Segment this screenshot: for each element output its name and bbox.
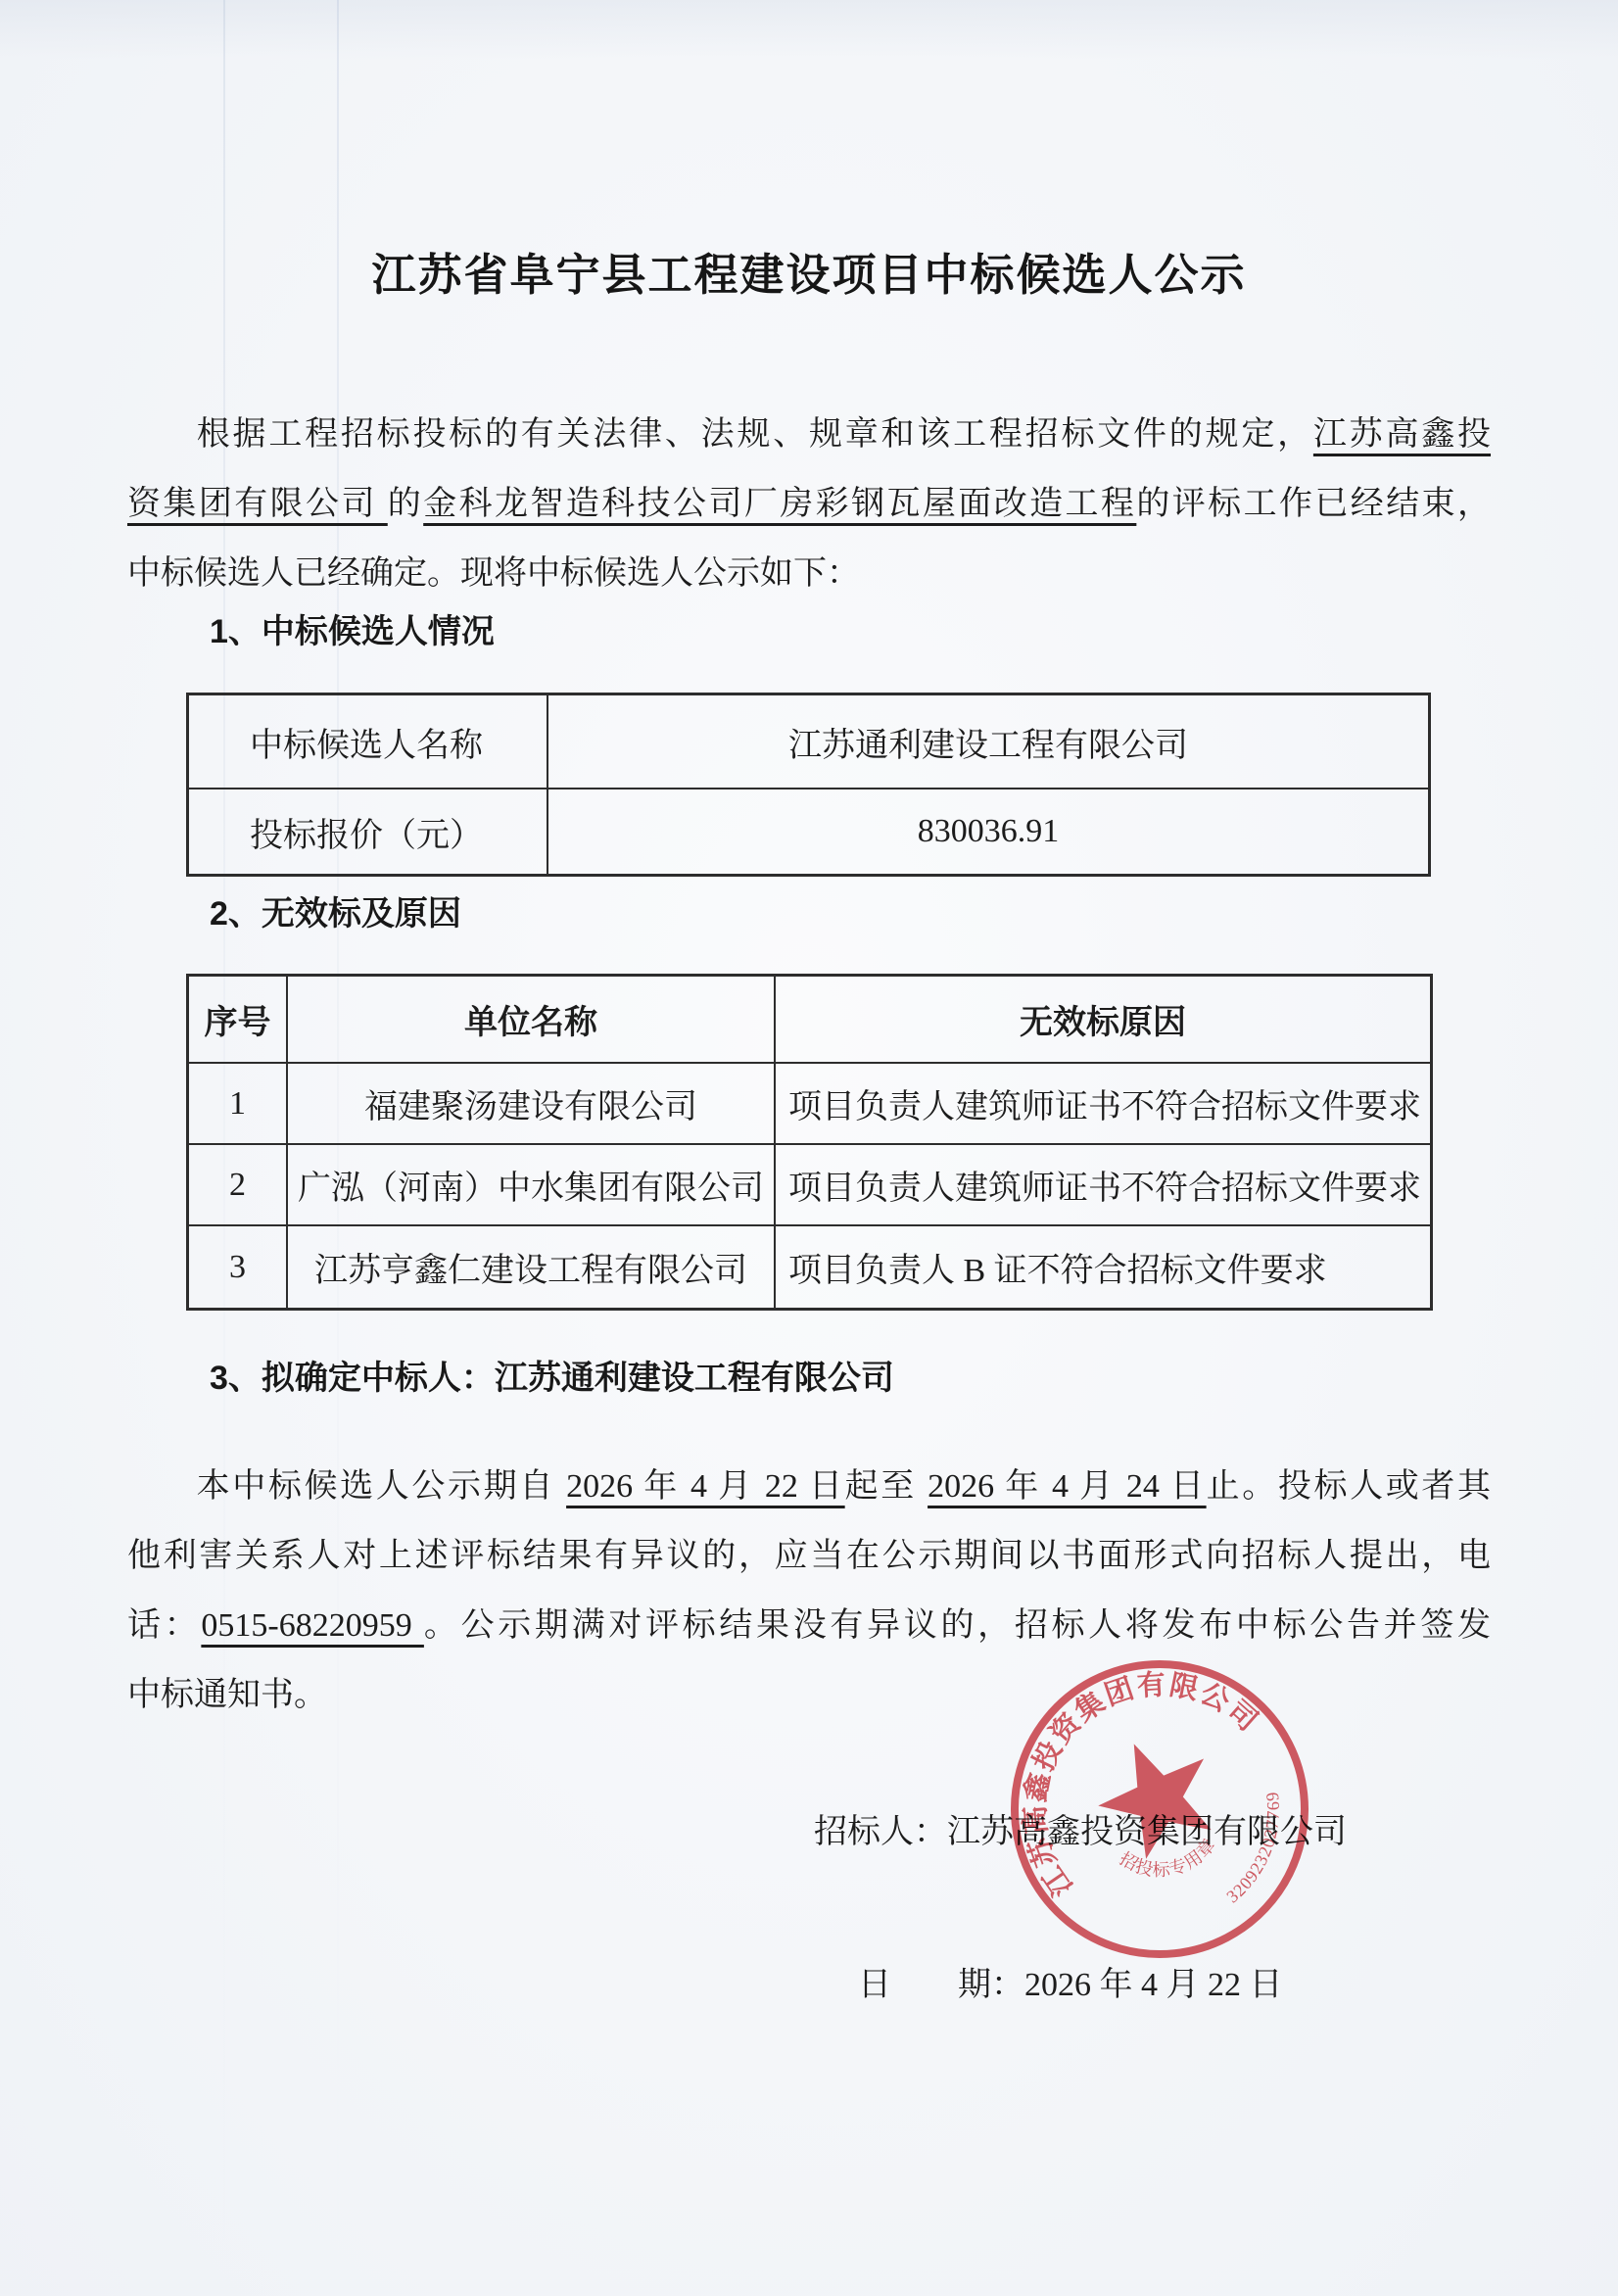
- closing-text: 话：: [127, 1607, 201, 1644]
- row-index: 1: [189, 1064, 288, 1145]
- project-name-underlined: 金科龙智造科技公司厂房彩钢瓦屋面改造工程: [423, 486, 1136, 522]
- intro-text: 的评标工作已经结束，: [1136, 486, 1491, 522]
- row-company: 广泓（河南）中水集团有限公司: [288, 1145, 776, 1226]
- bidder-name-underlined: 资集团有限公司: [127, 486, 388, 522]
- bid-price-value: 830036.91: [548, 789, 1428, 874]
- intro-line-1: 根据工程招标投标的有关法律、法规、规章和该工程招标文件的规定，江苏高鑫投: [127, 400, 1491, 469]
- date-line: 日 期：2026 年 4 月 22 日: [858, 1957, 1283, 2005]
- phone-number-underlined: 0515-68220959: [201, 1607, 424, 1644]
- candidate-name-label: 中标候选人名称: [189, 695, 548, 789]
- publicity-end-date-underlined: 2026 年 4 月 24 日: [928, 1468, 1207, 1505]
- scanned-document-page: 江苏省阜宁县工程建设项目中标候选人公示 根据工程招标投标的有关法律、法规、规章和…: [0, 0, 1618, 2296]
- closing-paragraph: 本中标候选人公示期自 2026 年 4 月 22 日起至 2026 年 4 月 …: [127, 1452, 1491, 1730]
- intro-line-3: 中标候选人已经确定。现将中标候选人公示如下：: [127, 539, 1491, 608]
- closing-line-2: 他利害关系人对上述评标结果有异议的，应当在公示期间以书面形式向招标人提出，电: [127, 1521, 1491, 1591]
- publicity-start-date-underlined: 2026 年 4 月 22 日: [566, 1468, 845, 1505]
- section1-heading: 1、中标候选人情况: [210, 611, 495, 652]
- bidder-name-underlined: 江苏高鑫投: [1313, 416, 1491, 453]
- section2-heading: 2、无效标及原因: [210, 893, 461, 934]
- col-header-reason: 无效标原因: [776, 977, 1430, 1064]
- closing-line-3: 话：0515-68220959 。公示期满对评标结果没有异议的，招标人将发布中标…: [127, 1591, 1491, 1660]
- row-company: 福建聚汤建设有限公司: [288, 1064, 776, 1145]
- closing-text: 起至: [845, 1468, 928, 1505]
- closing-text: 止。投标人或者其: [1207, 1468, 1491, 1505]
- candidate-name-value: 江苏通利建设工程有限公司: [548, 695, 1428, 789]
- candidate-table: 中标候选人名称 江苏通利建设工程有限公司 投标报价（元） 830036.91: [186, 693, 1431, 877]
- page-title: 江苏省阜宁县工程建设项目中标候选人公示: [0, 239, 1618, 303]
- col-header-company: 单位名称: [288, 977, 776, 1064]
- row-index: 3: [189, 1226, 288, 1308]
- closing-line-1: 本中标候选人公示期自 2026 年 4 月 22 日起至 2026 年 4 月 …: [127, 1452, 1491, 1521]
- intro-paragraph: 根据工程招标投标的有关法律、法规、规章和该工程招标文件的规定，江苏高鑫投 资集团…: [127, 400, 1491, 608]
- intro-line-2: 资集团有限公司 的金科龙智造科技公司厂房彩钢瓦屋面改造工程的评标工作已经结束，: [127, 469, 1491, 539]
- bid-price-label: 投标报价（元）: [189, 789, 548, 874]
- row-index: 2: [189, 1145, 288, 1226]
- closing-line-4: 中标通知书。: [127, 1660, 1491, 1730]
- row-reason: 项目负责人建筑师证书不符合招标文件要求: [776, 1145, 1430, 1226]
- closing-text: 。公示期满对评标结果没有异议的，招标人将发布中标公告并签发: [424, 1607, 1491, 1644]
- invalid-bids-table: 序号 单位名称 无效标原因 1 福建聚汤建设有限公司 项目负责人建筑师证书不符合…: [186, 974, 1433, 1311]
- section3-heading: 3、拟确定中标人：江苏通利建设工程有限公司: [210, 1358, 894, 1399]
- row-reason: 项目负责人 B 证不符合招标文件要求: [776, 1226, 1430, 1308]
- intro-text: 根据工程招标投标的有关法律、法规、规章和该工程招标文件的规定，: [194, 416, 1313, 453]
- intro-text: 的: [388, 486, 423, 522]
- tenderer-signature-line: 招标人：江苏高鑫投资集团有限公司: [814, 1804, 1347, 1852]
- col-header-index: 序号: [189, 977, 288, 1064]
- row-reason: 项目负责人建筑师证书不符合招标文件要求: [776, 1064, 1430, 1145]
- row-company: 江苏亨鑫仁建设工程有限公司: [288, 1226, 776, 1308]
- closing-text: 本中标候选人公示期自: [194, 1468, 566, 1505]
